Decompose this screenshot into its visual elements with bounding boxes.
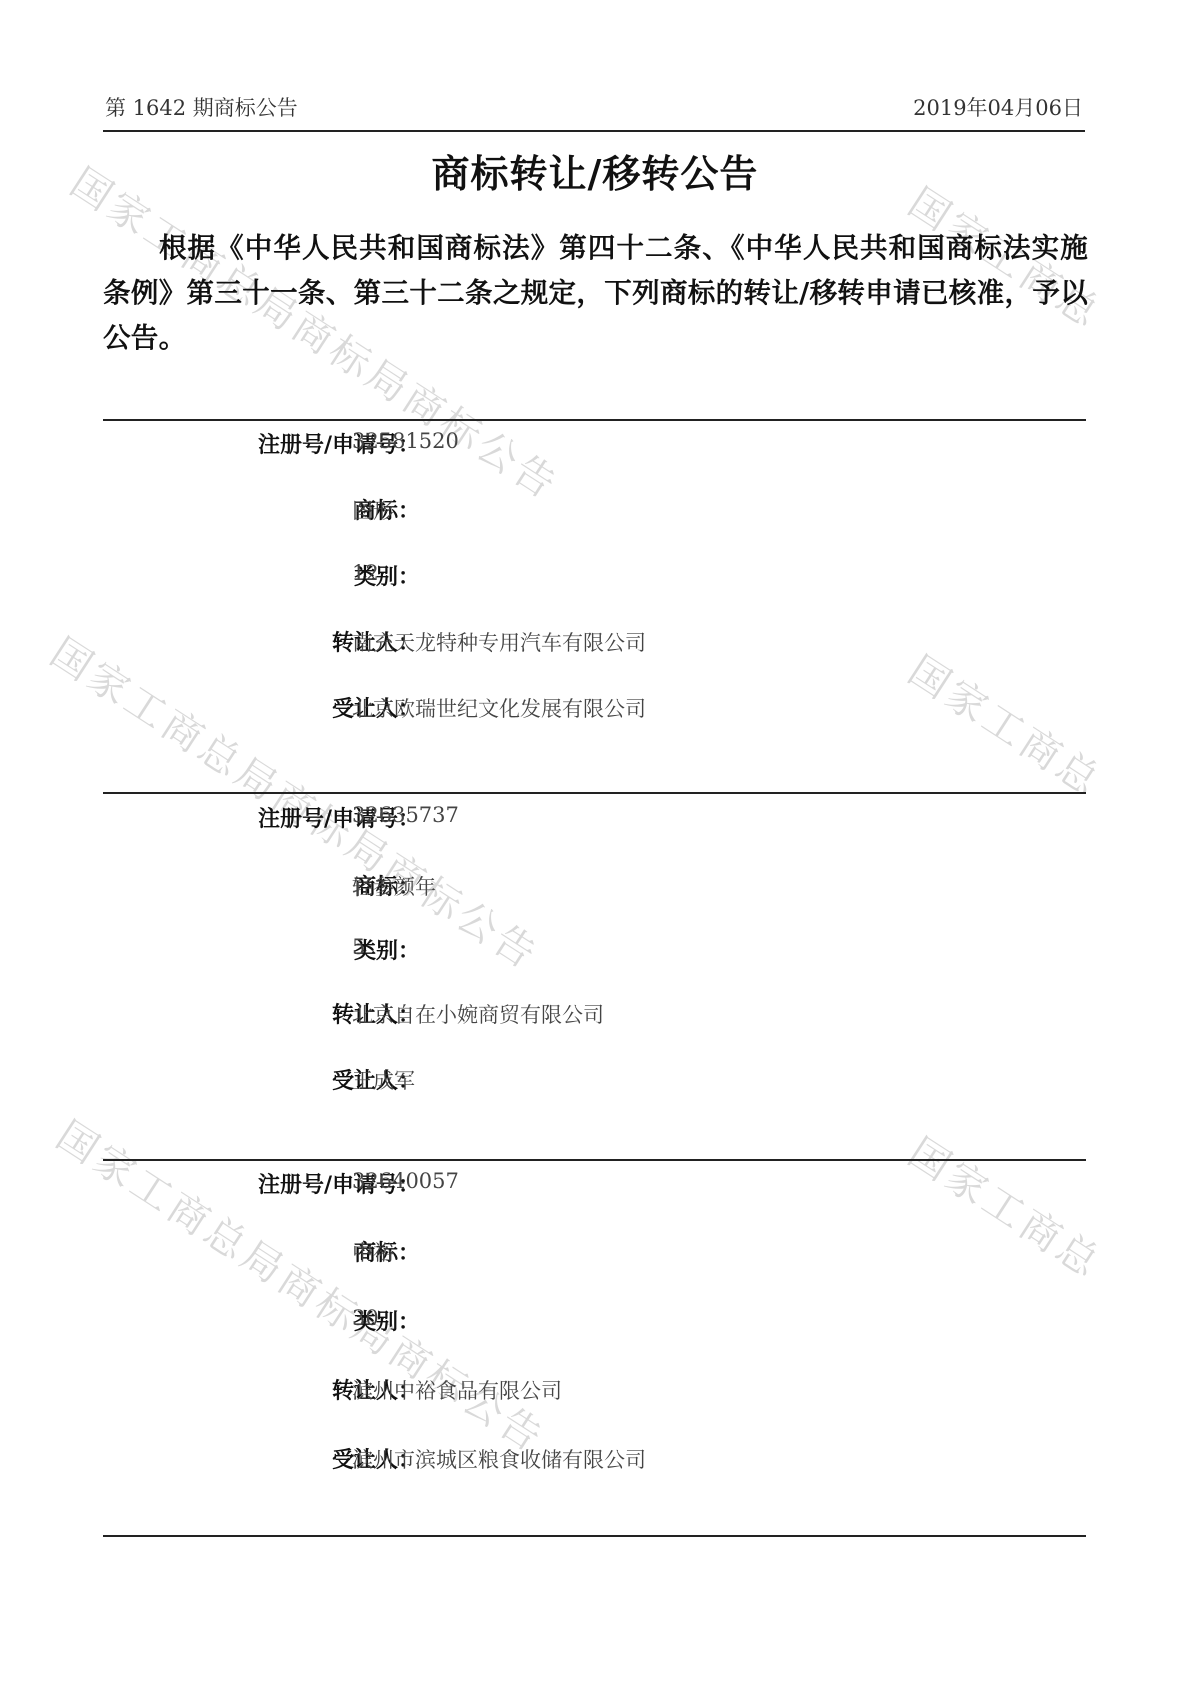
section-divider: [103, 792, 1086, 794]
row-class: 类别： 5: [103, 934, 1086, 964]
row-reg-no: 注册号/申请号： 32581520: [103, 428, 1086, 458]
value-reg-no: 32640057: [352, 1169, 459, 1193]
row-reg-no: 注册号/申请号： 32635737: [103, 802, 1086, 832]
value-assignee: 滨州市滨城区粮食收储有限公司: [352, 1444, 646, 1474]
value-mark: 轻参颜年: [352, 871, 436, 901]
row-assignee: 受让人： 北京欧瑞世纪文化发展有限公司: [103, 692, 1086, 722]
row-mark: 商标： 中裕: [103, 1236, 1086, 1266]
value-class: 30: [352, 1306, 379, 1330]
value-assignor: 滨州中裕食品有限公司: [352, 1375, 562, 1405]
row-assignee: 受让人： 滨州市滨城区粮食收储有限公司: [103, 1443, 1086, 1473]
row-assignee: 受让人： 王成军: [103, 1064, 1086, 1094]
row-class: 类别： 30: [103, 1305, 1086, 1335]
value-reg-no: 32635737: [352, 803, 459, 827]
row-assignor: 转让人： 南充天龙特种专用汽车有限公司: [103, 626, 1086, 656]
issue-number: 第 1642 期商标公告: [105, 92, 298, 122]
value-mark: 图形: [352, 495, 394, 525]
watermark: 国家工商总: [899, 640, 1115, 808]
section-divider: [103, 1535, 1086, 1537]
section-divider: [103, 1159, 1086, 1161]
value-reg-no: 32581520: [352, 429, 459, 453]
publication-date: 2019年04月06日: [913, 92, 1083, 122]
value-class: 12: [352, 561, 379, 585]
page-title: 商标转让/移转公告: [0, 143, 1190, 198]
row-mark: 商标： 图形: [103, 494, 1086, 524]
value-class: 5: [352, 935, 365, 959]
value-assignee: 北京欧瑞世纪文化发展有限公司: [352, 693, 646, 723]
value-assignee: 王成军: [352, 1065, 415, 1095]
row-assignor: 转让人： 滨州中裕食品有限公司: [103, 1374, 1086, 1404]
row-reg-no: 注册号/申请号： 32640057: [103, 1168, 1086, 1198]
section-divider: [103, 419, 1086, 421]
value-assignor: 南充天龙特种专用汽车有限公司: [352, 627, 646, 657]
value-mark: 中裕: [352, 1237, 394, 1267]
row-class: 类别： 12: [103, 560, 1086, 590]
row-mark: 商标： 轻参颜年: [103, 870, 1086, 900]
value-assignor: 北京自在小婉商贸有限公司: [352, 999, 604, 1029]
row-assignor: 转让人： 北京自在小婉商贸有限公司: [103, 998, 1086, 1028]
intro-paragraph: 根据《中华人民共和国商标法》第四十二条、《中华人民共和国商标法实施条例》第三十一…: [103, 226, 1088, 361]
page-header: 第 1642 期商标公告 2019年04月06日: [103, 90, 1085, 132]
